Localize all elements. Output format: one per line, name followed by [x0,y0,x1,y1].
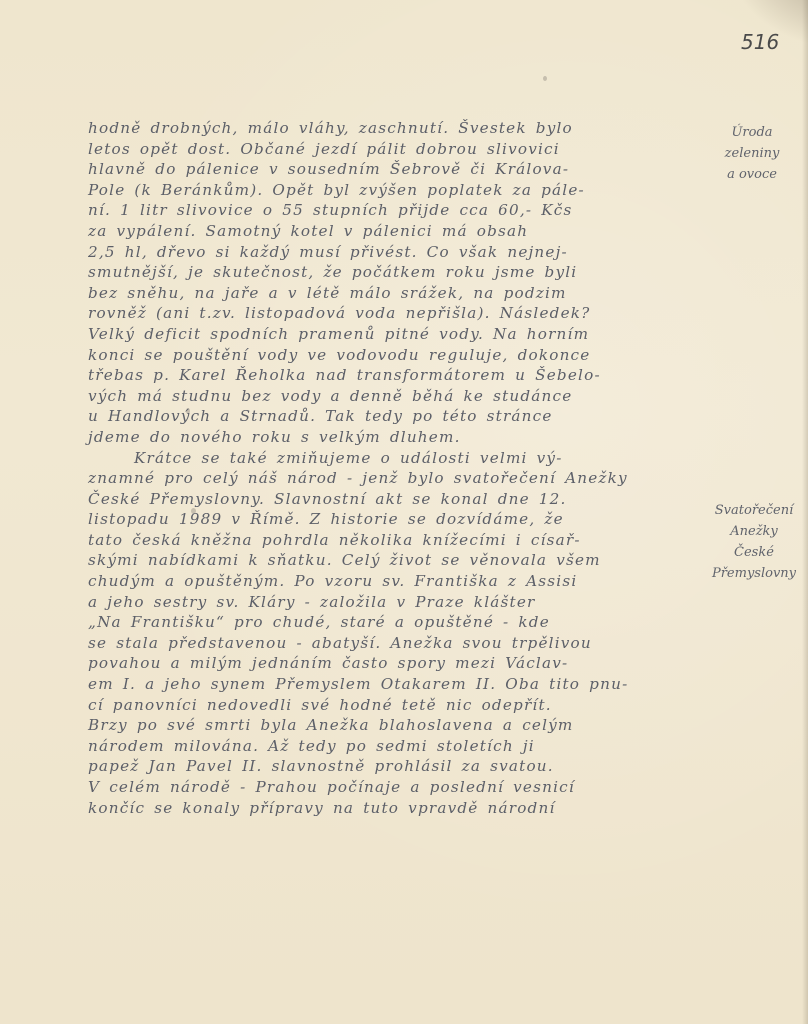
margin-note-line: a ovoce [712,164,792,185]
text-line: hlavně do pálenice v sousedním Šebrově č… [88,159,708,180]
margin-note-canonization: Svatořečení Anežky České Přemyslovny [700,500,808,584]
margin-note-harvest: Úroda zeleniny a ovoce [712,122,792,185]
text-line: končíc se konaly přípravy na tuto vpravd… [88,798,708,819]
text-line: za vypálení. Samotný kotel v pálenici má… [88,221,708,242]
margin-note-line: České [700,542,808,563]
text-line: Velký deficit spodních pramenů pitné vod… [88,324,708,345]
text-line: České Přemyslovny. Slavnostní akt se kon… [88,489,708,510]
margin-note-line: zeleniny [712,143,792,164]
text-line: smutnější, je skutečnost, že počátkem ro… [88,262,708,283]
text-line: povahou a milým jednáním často spory mez… [88,653,708,674]
text-line: konci se pouštění vody ve vodovodu regul… [88,345,708,366]
text-line: Pole (k Beránkům). Opět byl zvýšen popla… [88,180,708,201]
text-line: listopadu 1989 v Římě. Z historie se doz… [88,509,708,530]
text-line: tato česká kněžna pohrdla několika kníže… [88,530,708,551]
paragraph-start-line: Krátce se také zmiňujeme o události velm… [88,448,708,469]
text-line: třebas p. Karel Řeholka nad transformáto… [88,365,708,386]
paper-spot [543,76,547,81]
text-line: papež Jan Pavel II. slavnostně prohlásil… [88,756,708,777]
margin-note-line: Anežky [700,521,808,542]
text-line: letos opět dost. Občané jezdí pálit dobr… [88,139,708,160]
text-line: bez sněhu, na jaře a v létě málo srážek,… [88,283,708,304]
margin-note-line: Úroda [712,122,792,143]
text-line: skými nabídkami k sňatku. Celý život se … [88,550,708,571]
page-number: 516 [741,30,779,54]
text-line: 2,5 hl, dřevo si každý musí přivést. Co … [88,242,708,263]
text-line: a jeho sestry sv. Kláry - založila v Pra… [88,592,708,613]
text-line: em I. a jeho synem Přemyslem Otakarem II… [88,674,708,695]
margin-note-line: Přemyslovny [700,563,808,584]
text-line: znamné pro celý náš národ - jenž bylo sv… [88,468,708,489]
text-line: se stala představenou - abatyší. Anežka … [88,633,708,654]
margin-note-line: Svatořečení [700,500,808,521]
text-line: hodně drobných, málo vláhy, zaschnutí. Š… [88,118,708,139]
text-line: rovněž (ani t.zv. listopadová voda nepři… [88,303,708,324]
text-line: ní. 1 litr slivovice o 55 stupních přijd… [88,200,708,221]
text-line: u Handlových a Strnadů. Tak tedy po této… [88,406,708,427]
chronicle-page: 516 Úroda zeleniny a ovoce Svatořečení A… [0,0,808,1024]
text-line: Brzy po své smrti byla Anežka blahoslave… [88,715,708,736]
text-line: vých má studnu bez vody a denně běhá ke … [88,386,708,407]
handwritten-body-text: hodně drobných, málo vláhy, zaschnutí. Š… [88,118,708,818]
text-line: jdeme do nového roku s velkým dluhem. [88,427,708,448]
text-line: cí panovníci nedovedli své hodné tetě ni… [88,695,708,716]
text-line: „Na Františku“ pro chudé, staré a opuště… [88,612,708,633]
text-line: národem milována. Až tedy po sedmi stole… [88,736,708,757]
text-line: V celém národě - Prahou počínaje a posle… [88,777,708,798]
text-line: chudým a opuštěným. Po vzoru sv. Františ… [88,571,708,592]
